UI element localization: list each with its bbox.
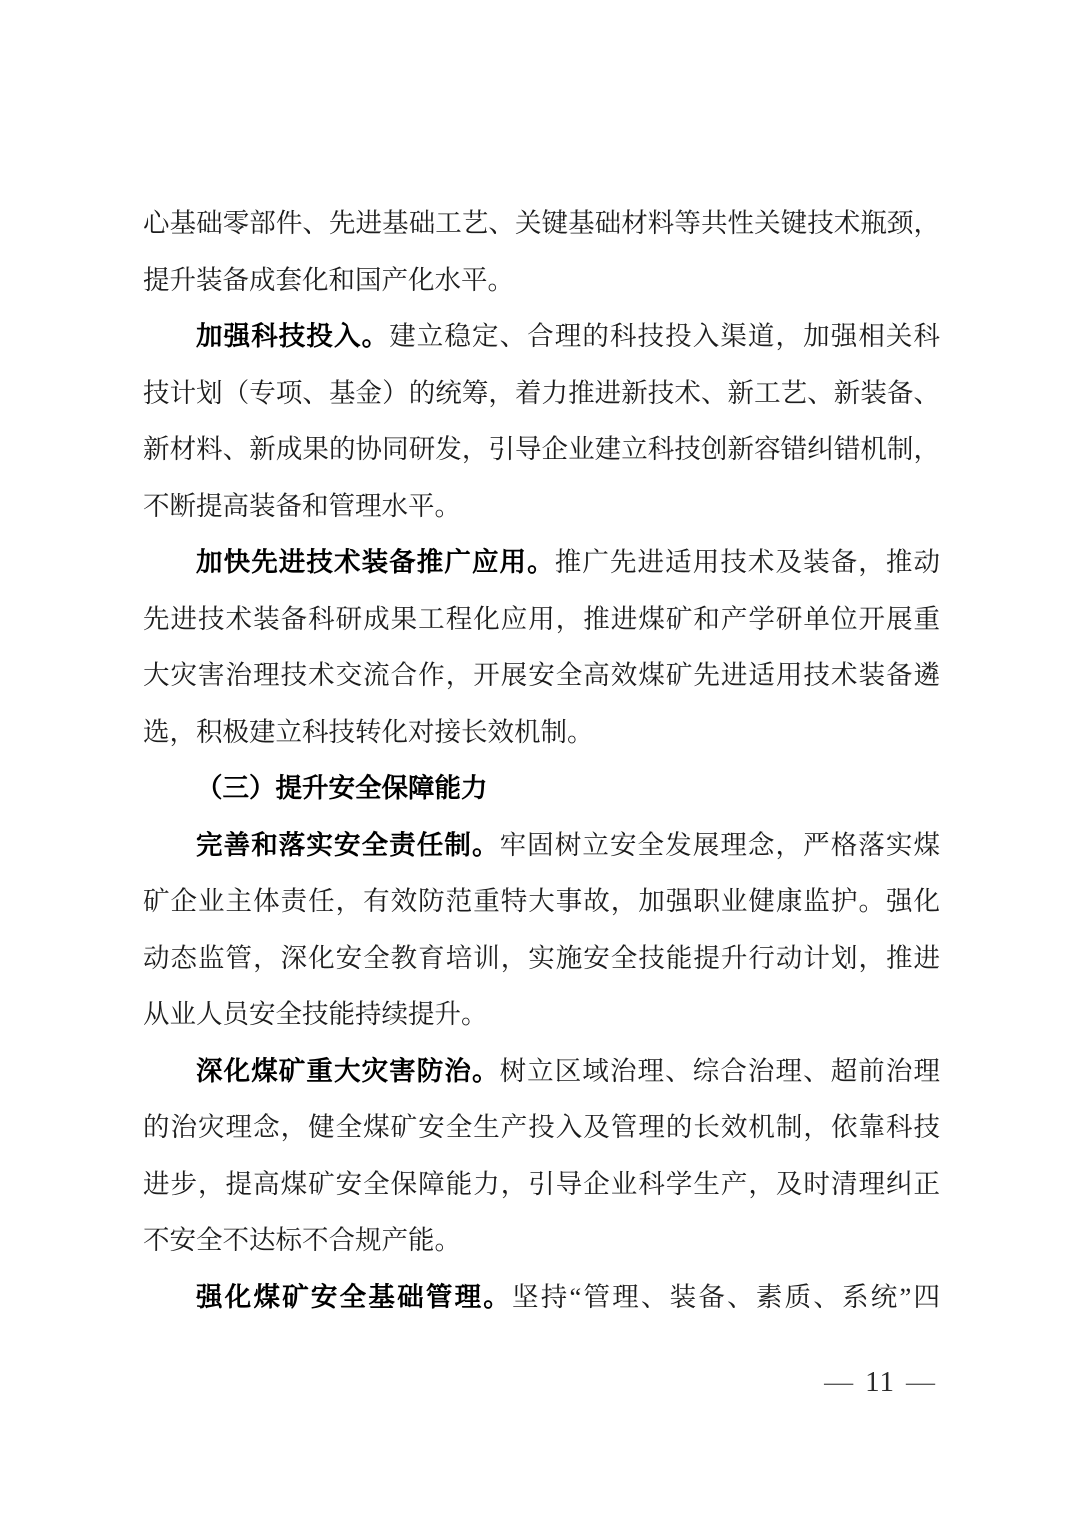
- document-body: 心基础零部件、先进基础工艺、关键基础材料等共性关键技术瓶颈， 提升装备成套化和国…: [143, 195, 940, 1325]
- body-line: 新材料、新成果的协同研发，引导企业建立科技创新容错纠错机制，: [143, 421, 940, 478]
- paragraph-lead: 完善和落实安全责任制。: [196, 830, 500, 860]
- body-line: 的治灾理念，健全煤矿安全生产投入及管理的长效机制，依靠科技: [143, 1099, 940, 1156]
- footer-left-dash: —: [824, 1366, 854, 1398]
- body-text: 新材料、新成果的协同研发，引导企业建立科技创新容错纠错机制，: [143, 434, 940, 464]
- body-text: 坚持“管理、装备、素质、系统”四: [512, 1282, 940, 1312]
- section-heading: （三）提升安全保障能力: [143, 760, 940, 817]
- body-line: 从业人员安全技能持续提升。: [143, 986, 940, 1043]
- body-text: 牢固树立安全发展理念，严格落实煤: [500, 830, 940, 860]
- body-text: 心基础零部件、先进基础工艺、关键基础材料等共性关键技术瓶颈，: [143, 208, 940, 238]
- paragraph-lead: 深化煤矿重大灾害防治。: [196, 1056, 500, 1086]
- body-text: 不断提高装备和管理水平。: [143, 491, 461, 521]
- paragraph-lead: 加强科技投入。: [196, 321, 389, 351]
- body-line: 动态监管，深化安全教育培训，实施安全技能提升行动计划，推进: [143, 930, 940, 987]
- body-line: 提升装备成套化和国产化水平。: [143, 252, 940, 309]
- body-text: 矿企业主体责任，有效防范重特大事故，加强职业健康监护。强化: [143, 886, 940, 916]
- body-text: 不安全不达标不合规产能。: [143, 1225, 461, 1255]
- body-text: 大灾害治理技术交流合作，开展安全高效煤矿先进适用技术装备遴: [143, 660, 940, 690]
- paragraph-start-line: 完善和落实安全责任制。牢固树立安全发展理念，严格落实煤: [143, 817, 940, 874]
- paragraph-start-line: 深化煤矿重大灾害防治。树立区域治理、综合治理、超前治理: [143, 1043, 940, 1100]
- paragraph-lead: 加快先进技术装备推广应用。: [196, 547, 555, 577]
- body-text: 树立区域治理、综合治理、超前治理: [500, 1056, 940, 1086]
- body-line: 矿企业主体责任，有效防范重特大事故，加强职业健康监护。强化: [143, 873, 940, 930]
- body-line: 不断提高装备和管理水平。: [143, 478, 940, 535]
- body-text: 选，积极建立科技转化对接长效机制。: [143, 717, 594, 747]
- body-line: 进步，提高煤矿安全保障能力，引导企业科学生产，及时清理纠正: [143, 1156, 940, 1213]
- paragraph-start-line: 强化煤矿安全基础管理。坚持“管理、装备、素质、系统”四: [143, 1269, 940, 1326]
- footer-right-dash: —: [906, 1366, 936, 1398]
- body-text: 动态监管，深化安全教育培训，实施安全技能提升行动计划，推进: [143, 943, 940, 973]
- body-text: 提升装备成套化和国产化水平。: [143, 265, 514, 295]
- body-text: 推广先进适用技术及装备，推动: [555, 547, 940, 577]
- body-line: 大灾害治理技术交流合作，开展安全高效煤矿先进适用技术装备遴: [143, 647, 940, 704]
- body-text: 从业人员安全技能持续提升。: [143, 999, 488, 1029]
- body-line: 心基础零部件、先进基础工艺、关键基础材料等共性关键技术瓶颈，: [143, 195, 940, 252]
- paragraph-start-line: 加快先进技术装备推广应用。推广先进适用技术及装备，推动: [143, 534, 940, 591]
- body-line: 不安全不达标不合规产能。: [143, 1212, 940, 1269]
- body-text: 的治灾理念，健全煤矿安全生产投入及管理的长效机制，依靠科技: [143, 1112, 940, 1142]
- page-number: 11: [865, 1366, 895, 1398]
- page-footer: —11—: [143, 1366, 947, 1399]
- body-text: 先进技术装备科研成果工程化应用，推进煤矿和产学研单位开展重: [143, 604, 940, 634]
- body-text: 技计划（专项、基金）的统筹，着力推进新技术、新工艺、新装备、: [143, 378, 940, 408]
- section-heading-text: （三）提升安全保障能力: [196, 773, 488, 803]
- document-page: 心基础零部件、先进基础工艺、关键基础材料等共性关键技术瓶颈， 提升装备成套化和国…: [0, 0, 1080, 1527]
- body-line: 选，积极建立科技转化对接长效机制。: [143, 704, 940, 761]
- body-line: 先进技术装备科研成果工程化应用，推进煤矿和产学研单位开展重: [143, 591, 940, 648]
- paragraph-start-line: 加强科技投入。建立稳定、合理的科技投入渠道，加强相关科: [143, 308, 940, 365]
- paragraph-lead: 强化煤矿安全基础管理。: [196, 1282, 512, 1312]
- body-line: 技计划（专项、基金）的统筹，着力推进新技术、新工艺、新装备、: [143, 365, 940, 422]
- body-text: 建立稳定、合理的科技投入渠道，加强相关科: [389, 321, 940, 351]
- body-text: 进步，提高煤矿安全保障能力，引导企业科学生产，及时清理纠正: [143, 1169, 940, 1199]
